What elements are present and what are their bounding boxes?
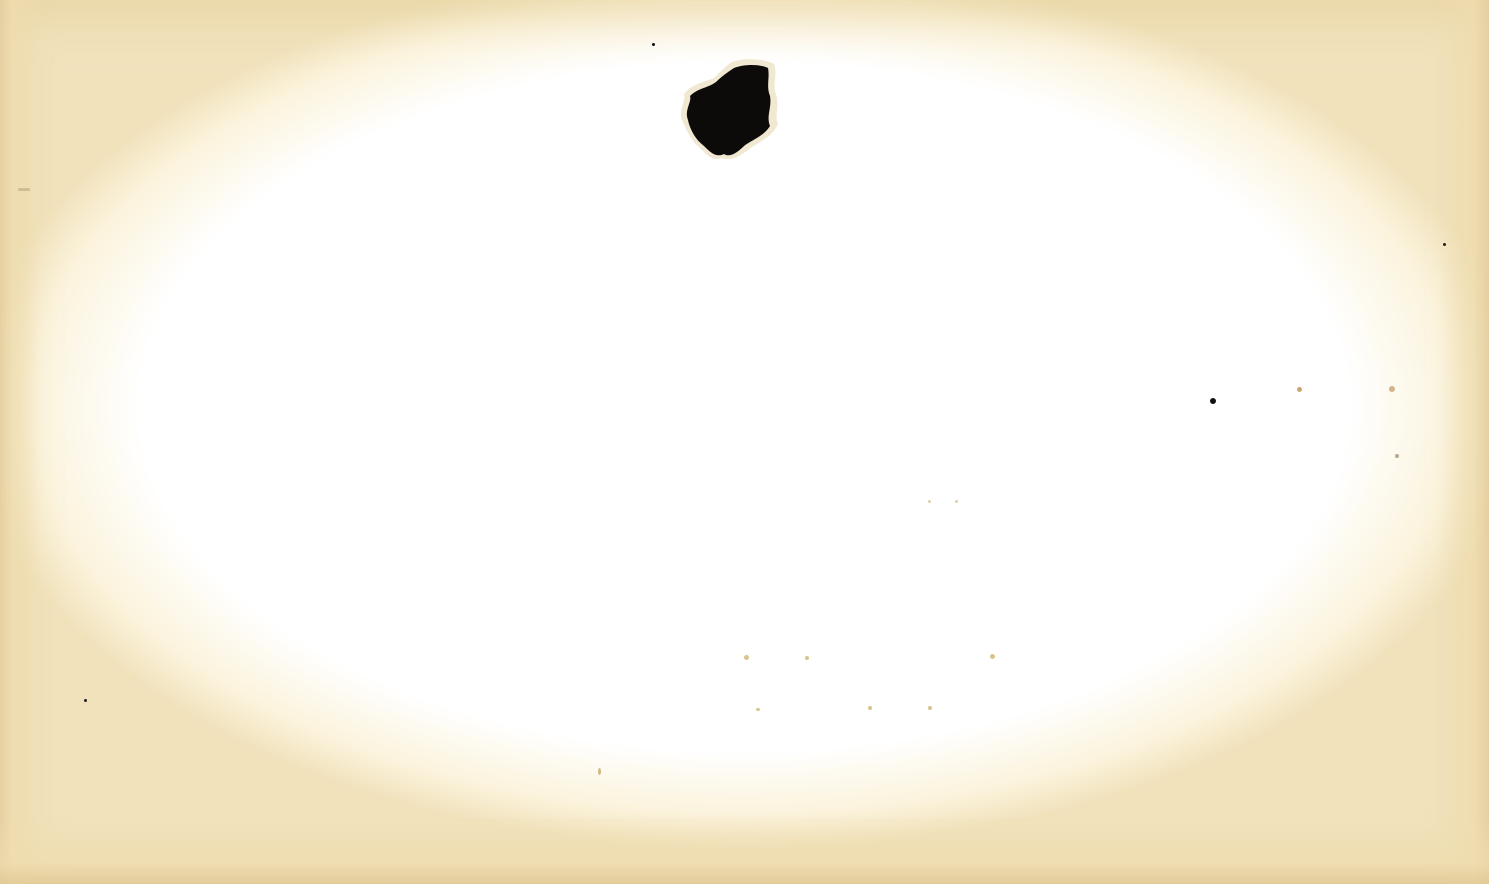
speck bbox=[955, 500, 958, 503]
speck bbox=[744, 655, 749, 660]
speck bbox=[1210, 398, 1216, 404]
speck bbox=[1395, 454, 1399, 458]
paper-texture bbox=[0, 0, 1489, 884]
speck bbox=[598, 768, 601, 775]
speck bbox=[756, 708, 760, 711]
aged-edge-bottom bbox=[0, 814, 1489, 884]
speck bbox=[805, 656, 809, 660]
speck bbox=[84, 699, 87, 702]
speck bbox=[1389, 386, 1395, 392]
speck bbox=[868, 706, 872, 710]
speck bbox=[1443, 243, 1446, 246]
aged-edge-right bbox=[1439, 0, 1489, 884]
speck bbox=[928, 706, 932, 710]
speck bbox=[652, 43, 655, 46]
speck bbox=[990, 654, 995, 659]
aged-edge-left bbox=[0, 0, 40, 884]
speck bbox=[1297, 387, 1302, 392]
speck bbox=[18, 188, 30, 191]
burn-hole bbox=[668, 54, 788, 168]
speck bbox=[928, 500, 931, 503]
